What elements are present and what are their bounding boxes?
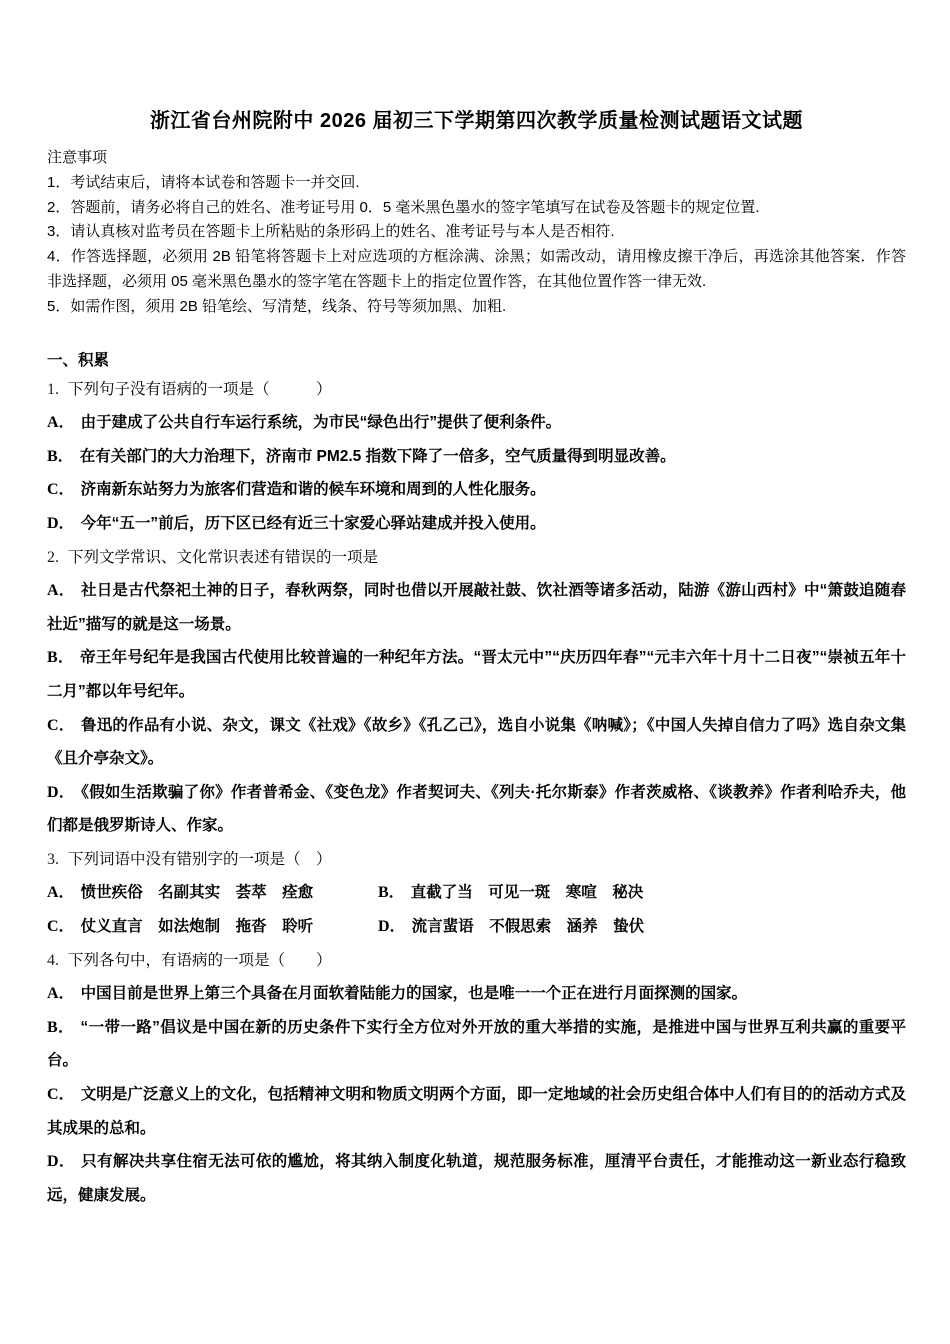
- option-d: D．只有解决共享住宿无法可依的尴尬，将其纳入制度化轨道，规范服务标准，厘清平台责…: [47, 1145, 906, 1212]
- option-label: B．: [47, 649, 74, 666]
- option-text: 社日是古代祭祀土神的日子，春秋两祭，同时也借以开展敲社鼓、饮社酒等诸多活动，陆游…: [47, 582, 906, 633]
- option-text: 愤世疾俗 名副其实 荟萃 痊愈: [81, 884, 314, 901]
- page-title: 浙江省台州院附中 2026 届初三下学期第四次教学质量检测试题语文试题: [47, 108, 906, 134]
- option-label: A．: [47, 414, 75, 431]
- section-heading: 一、积累: [47, 349, 906, 373]
- option-text: 文明是广泛意义上的文化，包括精神文明和物质文明两个方面，即一定地域的社会历史组合…: [47, 1086, 906, 1137]
- option-label: C．: [47, 918, 75, 935]
- option-text: 今年“五一”前后，历下区已经有近三十家爱心驿站建成并投入使用。: [81, 515, 546, 532]
- option-label: D．: [47, 784, 75, 801]
- notice-item: 2．答题前，请务必将自己的姓名、准考证号用 0．5 毫米黑色墨水的签字笔填写在试…: [47, 196, 906, 221]
- question-2: 2.下列文学常识、文化常识表述有错误的一项是 A．社日是古代祭祀土神的日子，春秋…: [47, 541, 906, 843]
- option-label: C．: [47, 1086, 75, 1103]
- question-stem: 3.下列词语中没有错别字的一项是（ ）: [47, 843, 906, 877]
- option-b: B．帝王年号纪年是我国古代使用比较普遍的一种纪年方法。“晋太元中”“庆历四年春”…: [47, 641, 906, 708]
- question-number: 1.: [47, 381, 59, 398]
- option-label: A．: [47, 582, 75, 599]
- option-c: C．文明是广泛意义上的文化，包括精神文明和物质文明两个方面，即一定地域的社会历史…: [47, 1078, 906, 1145]
- question-3: 3.下列词语中没有错别字的一项是（ ） A．愤世疾俗 名副其实 荟萃 痊愈 B．…: [47, 843, 906, 944]
- notice-item: 4．作答选择题，必须用 2B 铅笔将答题卡上对应选项的方框涂满、涂黑；如需改动，…: [47, 245, 906, 295]
- option-label: A．: [47, 985, 75, 1002]
- exam-page: { "page": { "title": "浙江省台州院附中 2026 届初三下…: [0, 0, 950, 1344]
- option-label: B．: [378, 884, 405, 901]
- option-d: D．《假如生活欺骗了你》作者普希金、《变色龙》作者契诃夫、《列夫·托尔斯泰》作者…: [47, 776, 906, 843]
- option-b: B．在有关部门的大力治理下，济南市 PM2.5 指数下降了一倍多，空气质量得到明…: [47, 440, 906, 474]
- option-text: 只有解决共享住宿无法可依的尴尬，将其纳入制度化轨道，规范服务标准，厘清平台责任，…: [47, 1153, 906, 1204]
- option-text: 仗义直言 如法炮制 拖沓 聆听: [81, 918, 314, 935]
- option-label: D．: [47, 1153, 75, 1170]
- option-label: A．: [47, 884, 75, 901]
- question-1: 1.下列句子没有语病的一项是（ ） A．由于建成了公共自行车运行系统，为市民“绿…: [47, 373, 906, 541]
- option-text: 流言蜚语 不假思索 涵养 蛰伏: [412, 918, 645, 935]
- option-c: C．济南新东站努力为旅客们营造和谐的候车环境和周到的人性化服务。: [47, 473, 906, 507]
- question-stem: 2.下列文学常识、文化常识表述有错误的一项是: [47, 541, 906, 575]
- question-stem: 4.下列各句中，有语病的一项是（ ）: [47, 944, 906, 978]
- option-text: 《假如生活欺骗了你》作者普希金、《变色龙》作者契诃夫、《列夫·托尔斯泰》作者茨威…: [47, 784, 906, 835]
- option-label: D．: [378, 918, 406, 935]
- question-4: 4.下列各句中，有语病的一项是（ ） A．中国目前是世界上第三个具备在月面软着陆…: [47, 944, 906, 1213]
- question-stem-text: 下列词语中没有错别字的一项是（ ）: [68, 851, 332, 868]
- notice-item: 5．如需作图，须用 2B 铅笔绘、写清楚，线条、符号等须加黑、加粗.: [47, 295, 906, 320]
- option-label: D．: [47, 515, 75, 532]
- option-b: B．“一带一路”倡议是中国在新的历史条件下实行全方位对外开放的重大举措的实施，是…: [47, 1011, 906, 1078]
- option-c: C．仗义直言 如法炮制 拖沓 聆听: [47, 910, 378, 944]
- question-stem-text: 下列句子没有语病的一项是（ ）: [68, 381, 332, 398]
- option-b: B．直截了当 可见一斑 寒喧 秘决: [378, 876, 906, 910]
- option-grid: A．愤世疾俗 名副其实 荟萃 痊愈 B．直截了当 可见一斑 寒喧 秘决 C．仗义…: [47, 876, 906, 943]
- question-number: 3.: [47, 851, 59, 868]
- exam-document: 浙江省台州院附中 2026 届初三下学期第四次教学质量检测试题语文试题 注意事项…: [0, 0, 950, 1212]
- option-text: 在有关部门的大力治理下，济南市 PM2.5 指数下降了一倍多，空气质量得到明显改…: [80, 448, 676, 465]
- option-text: 帝王年号纪年是我国古代使用比较普遍的一种纪年方法。“晋太元中”“庆历四年春”“元…: [47, 649, 906, 700]
- option-a: A．中国目前是世界上第三个具备在月面软着陆能力的国家，也是唯一一个正在进行月面探…: [47, 977, 906, 1011]
- option-text: 由于建成了公共自行车运行系统，为市民“绿色出行”提供了便利条件。: [81, 414, 562, 431]
- notice-item: 1．考试结束后，请将本试卷和答题卡一并交回.: [47, 171, 906, 196]
- option-label: B．: [47, 1019, 74, 1036]
- question-stem-text: 下列文学常识、文化常识表述有错误的一项是: [68, 549, 378, 566]
- option-text: 济南新东站努力为旅客们营造和谐的候车环境和周到的人性化服务。: [81, 481, 546, 498]
- notice-heading: 注意事项: [47, 146, 906, 171]
- option-label: B．: [47, 448, 74, 465]
- option-text: 中国目前是世界上第三个具备在月面软着陆能力的国家，也是唯一一个正在进行月面探测的…: [81, 985, 748, 1002]
- option-label: C．: [47, 481, 75, 498]
- option-a: A．由于建成了公共自行车运行系统，为市民“绿色出行”提供了便利条件。: [47, 406, 906, 440]
- question-stem-text: 下列各句中，有语病的一项是（ ）: [68, 952, 332, 969]
- notice-section: 注意事项 1．考试结束后，请将本试卷和答题卡一并交回. 2．答题前，请务必将自己…: [47, 146, 906, 320]
- option-d: D．今年“五一”前后，历下区已经有近三十家爱心驿站建成并投入使用。: [47, 507, 906, 541]
- question-number: 2.: [47, 549, 59, 566]
- option-label: C．: [47, 717, 75, 734]
- question-number: 4.: [47, 952, 59, 969]
- option-text: 直截了当 可见一斑 寒喧 秘决: [411, 884, 644, 901]
- option-d: D．流言蜚语 不假思索 涵养 蛰伏: [378, 910, 906, 944]
- option-text: 鲁迅的作品有小说、杂文，课文《社戏》《故乡》《孔乙己》，选自小说集《呐喊》；《中…: [47, 717, 906, 768]
- question-stem: 1.下列句子没有语病的一项是（ ）: [47, 373, 906, 407]
- option-a: A．愤世疾俗 名副其实 荟萃 痊愈: [47, 876, 378, 910]
- notice-item: 3．请认真核对监考员在答题卡上所粘贴的条形码上的姓名、准考证号与本人是否相符.: [47, 220, 906, 245]
- option-c: C．鲁迅的作品有小说、杂文，课文《社戏》《故乡》《孔乙己》，选自小说集《呐喊》；…: [47, 709, 906, 776]
- option-a: A．社日是古代祭祀土神的日子，春秋两祭，同时也借以开展敲社鼓、饮社酒等诸多活动，…: [47, 574, 906, 641]
- option-text: “一带一路”倡议是中国在新的历史条件下实行全方位对外开放的重大举措的实施，是推进…: [47, 1019, 906, 1070]
